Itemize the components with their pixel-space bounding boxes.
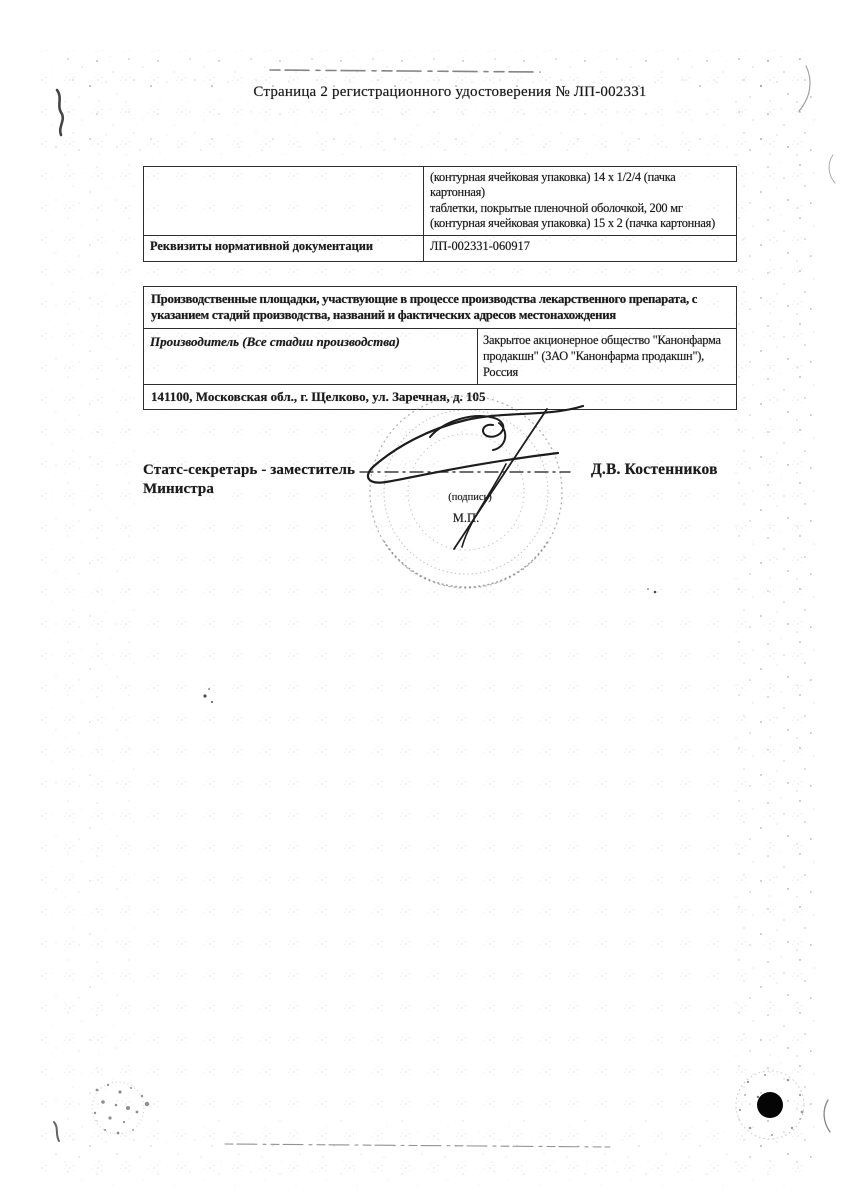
table-row: Реквизиты нормативной документации ЛП-00… (144, 235, 736, 261)
signatory-role: Статс-секретарь - заместитель Министра (143, 461, 355, 499)
producer-value-line: Россия (483, 365, 731, 381)
signature-caption: (подпись) (425, 492, 515, 503)
normative-docs-label: Реквизиты нормативной документации (144, 236, 423, 261)
packaging-line: (контурная ячейковая упаковка) 14 х 1/2/… (430, 170, 731, 185)
page-title: Страница 2 регистрационного удостоверени… (100, 84, 800, 101)
signatory-role-line: Министра (143, 480, 355, 499)
producer-value-cell: Закрытое акционерное общество "Канонфарм… (477, 329, 736, 384)
production-sites-header: Производственные площадки, участвующие в… (144, 287, 736, 328)
producer-value-line: продакшн" (ЗАО "Канонфарма продакшн"), (483, 349, 731, 365)
signatory-role-line: Статс-секретарь - заместитель (143, 461, 355, 480)
registration-details-table: (контурная ячейковая упаковка) 14 х 1/2/… (143, 166, 737, 262)
stamp-place-abbr: М.П. (425, 511, 507, 526)
header-line: указанием стадий производства, названий … (151, 307, 729, 323)
producer-address: 141100, Московская обл., г. Щелково, ул.… (144, 384, 736, 409)
header-line: Производственные площадки, участвующие в… (151, 291, 729, 307)
signatory-name: Д.В. Костенников (591, 461, 718, 479)
packaging-line: картонная) (430, 185, 731, 200)
scanned-document-page: Страница 2 регистрационного удостоверени… (0, 0, 849, 1200)
signature-ink (360, 406, 583, 549)
punch-hole-mark (757, 1092, 783, 1118)
packaging-line: (контурная ячейковая упаковка) 15 х 2 (п… (430, 216, 731, 231)
production-sites-table: Производственные площадки, участвующие в… (143, 286, 737, 410)
normative-docs-value: ЛП-002331-060917 (423, 236, 736, 261)
table-row: Производитель (Все стадии производства) … (144, 328, 736, 384)
producer-value-line: Закрытое акционерное общество "Канонфарм… (483, 333, 731, 349)
producer-label: Производитель (Все стадии производства) (144, 329, 477, 384)
packaging-line: таблетки, покрытые пленочной оболочкой, … (430, 201, 731, 216)
noise-clusters (92, 588, 804, 1139)
packaging-forms-cell: (контурная ячейковая упаковка) 14 х 1/2/… (423, 167, 736, 235)
table-row: (контурная ячейковая упаковка) 14 х 1/2/… (144, 167, 736, 235)
empty-label-cell (144, 167, 423, 235)
